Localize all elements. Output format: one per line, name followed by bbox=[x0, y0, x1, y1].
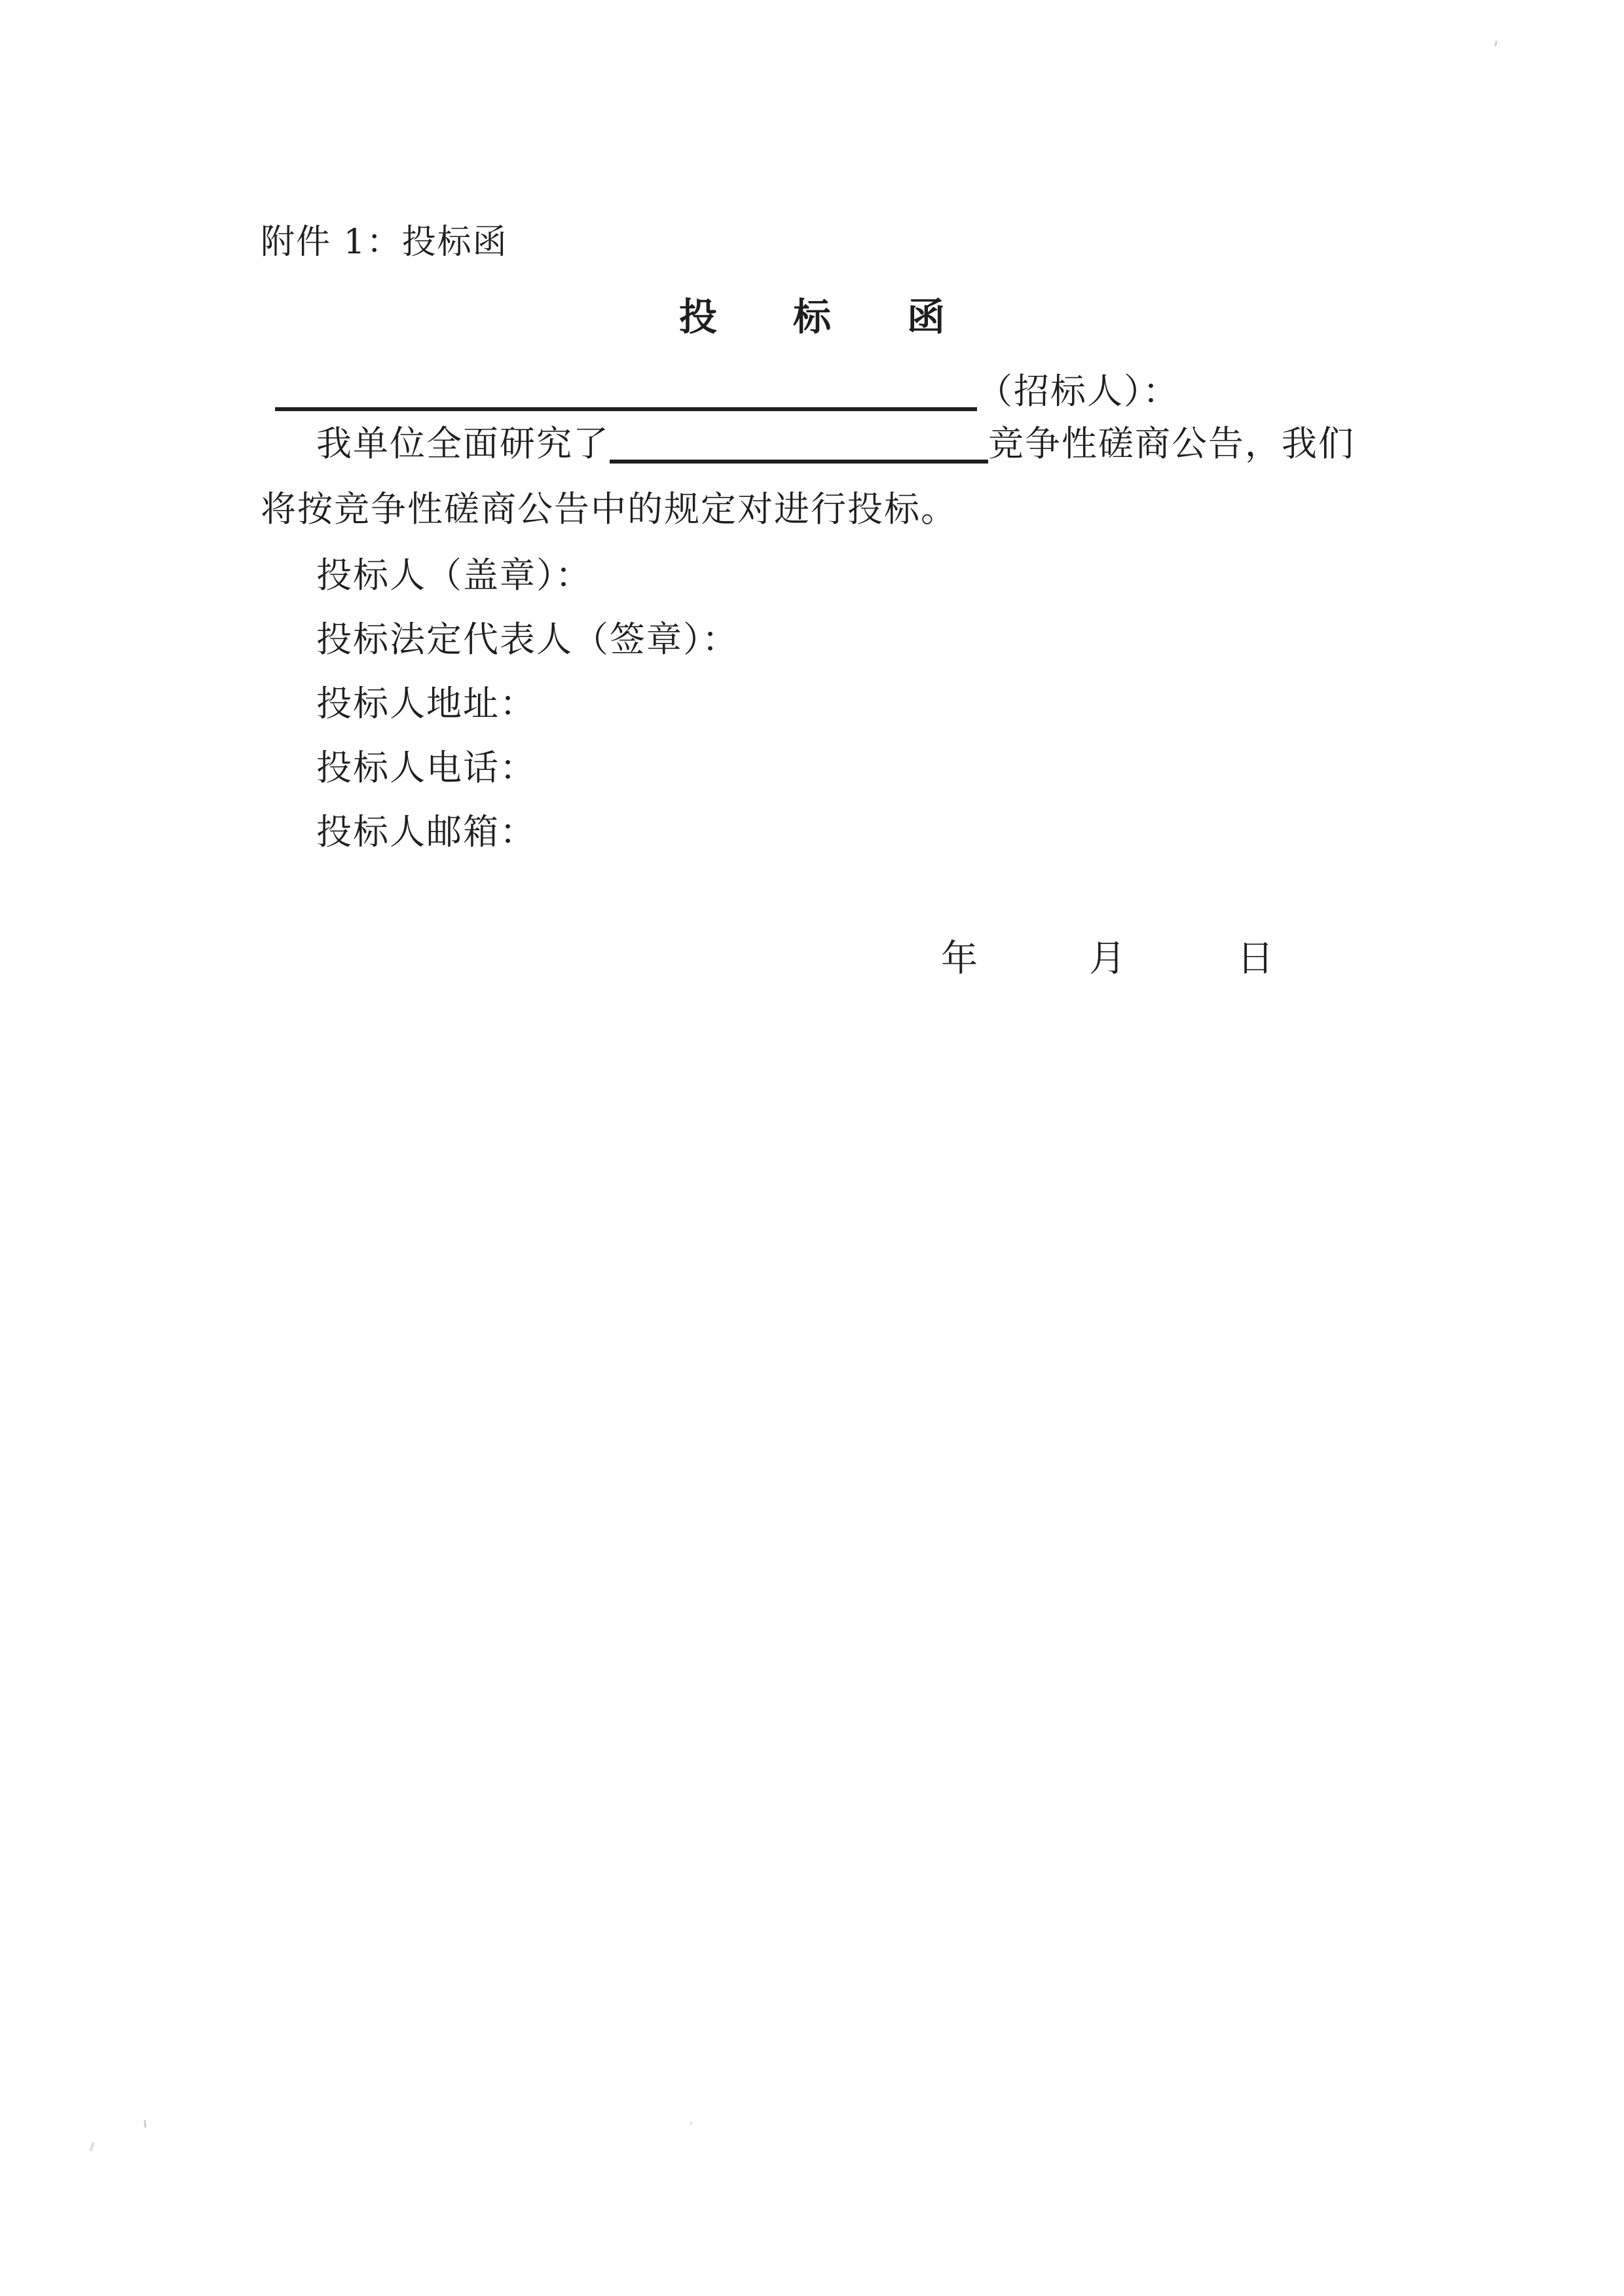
tenderer-label: （招标人）： bbox=[977, 371, 1179, 412]
paragraph-line-1: 我单位全面研究了竞争性磋商公告，我们 bbox=[316, 422, 1355, 466]
scan-artifact bbox=[143, 2120, 146, 2128]
date-line: 年月日 bbox=[941, 936, 1275, 982]
paragraph-line-2: 将按竞争性磋商公告中的规定对进行投标。 bbox=[261, 487, 957, 532]
field-label-bidder-email: 投标人邮箱： bbox=[316, 810, 536, 854]
project-name-blank-underline bbox=[610, 422, 988, 464]
scan-artifact bbox=[690, 2121, 692, 2125]
paragraph-text-before-blank: 我单位全面研究了 bbox=[316, 423, 610, 464]
field-label-bidder-address: 投标人地址： bbox=[316, 682, 536, 726]
scan-artifact bbox=[1494, 41, 1498, 46]
paragraph-text-after-blank: 竞争性磋商公告，我们 bbox=[988, 423, 1355, 464]
field-label-bidder-phone: 投标人电话： bbox=[316, 746, 536, 790]
day-label: 日 bbox=[1237, 938, 1275, 980]
attachment-label: 附件 1：投标函 bbox=[261, 221, 508, 264]
document-title: 投 标 函 bbox=[0, 293, 1624, 341]
month-label: 月 bbox=[1089, 938, 1127, 980]
tenderer-line: （招标人）： bbox=[275, 369, 1179, 414]
document-page: 附件 1：投标函 投 标 函 （招标人）： 我单位全面研究了竞争性磋商公告，我们… bbox=[0, 0, 1624, 2296]
year-label: 年 bbox=[941, 938, 979, 980]
field-label-bidder-seal: 投标人（盖章）： bbox=[316, 553, 592, 598]
tenderer-name-blank-underline bbox=[275, 369, 977, 411]
field-label-legal-representative-signature: 投标法定代表人（签章）： bbox=[316, 617, 739, 662]
scan-artifact bbox=[89, 2142, 95, 2152]
